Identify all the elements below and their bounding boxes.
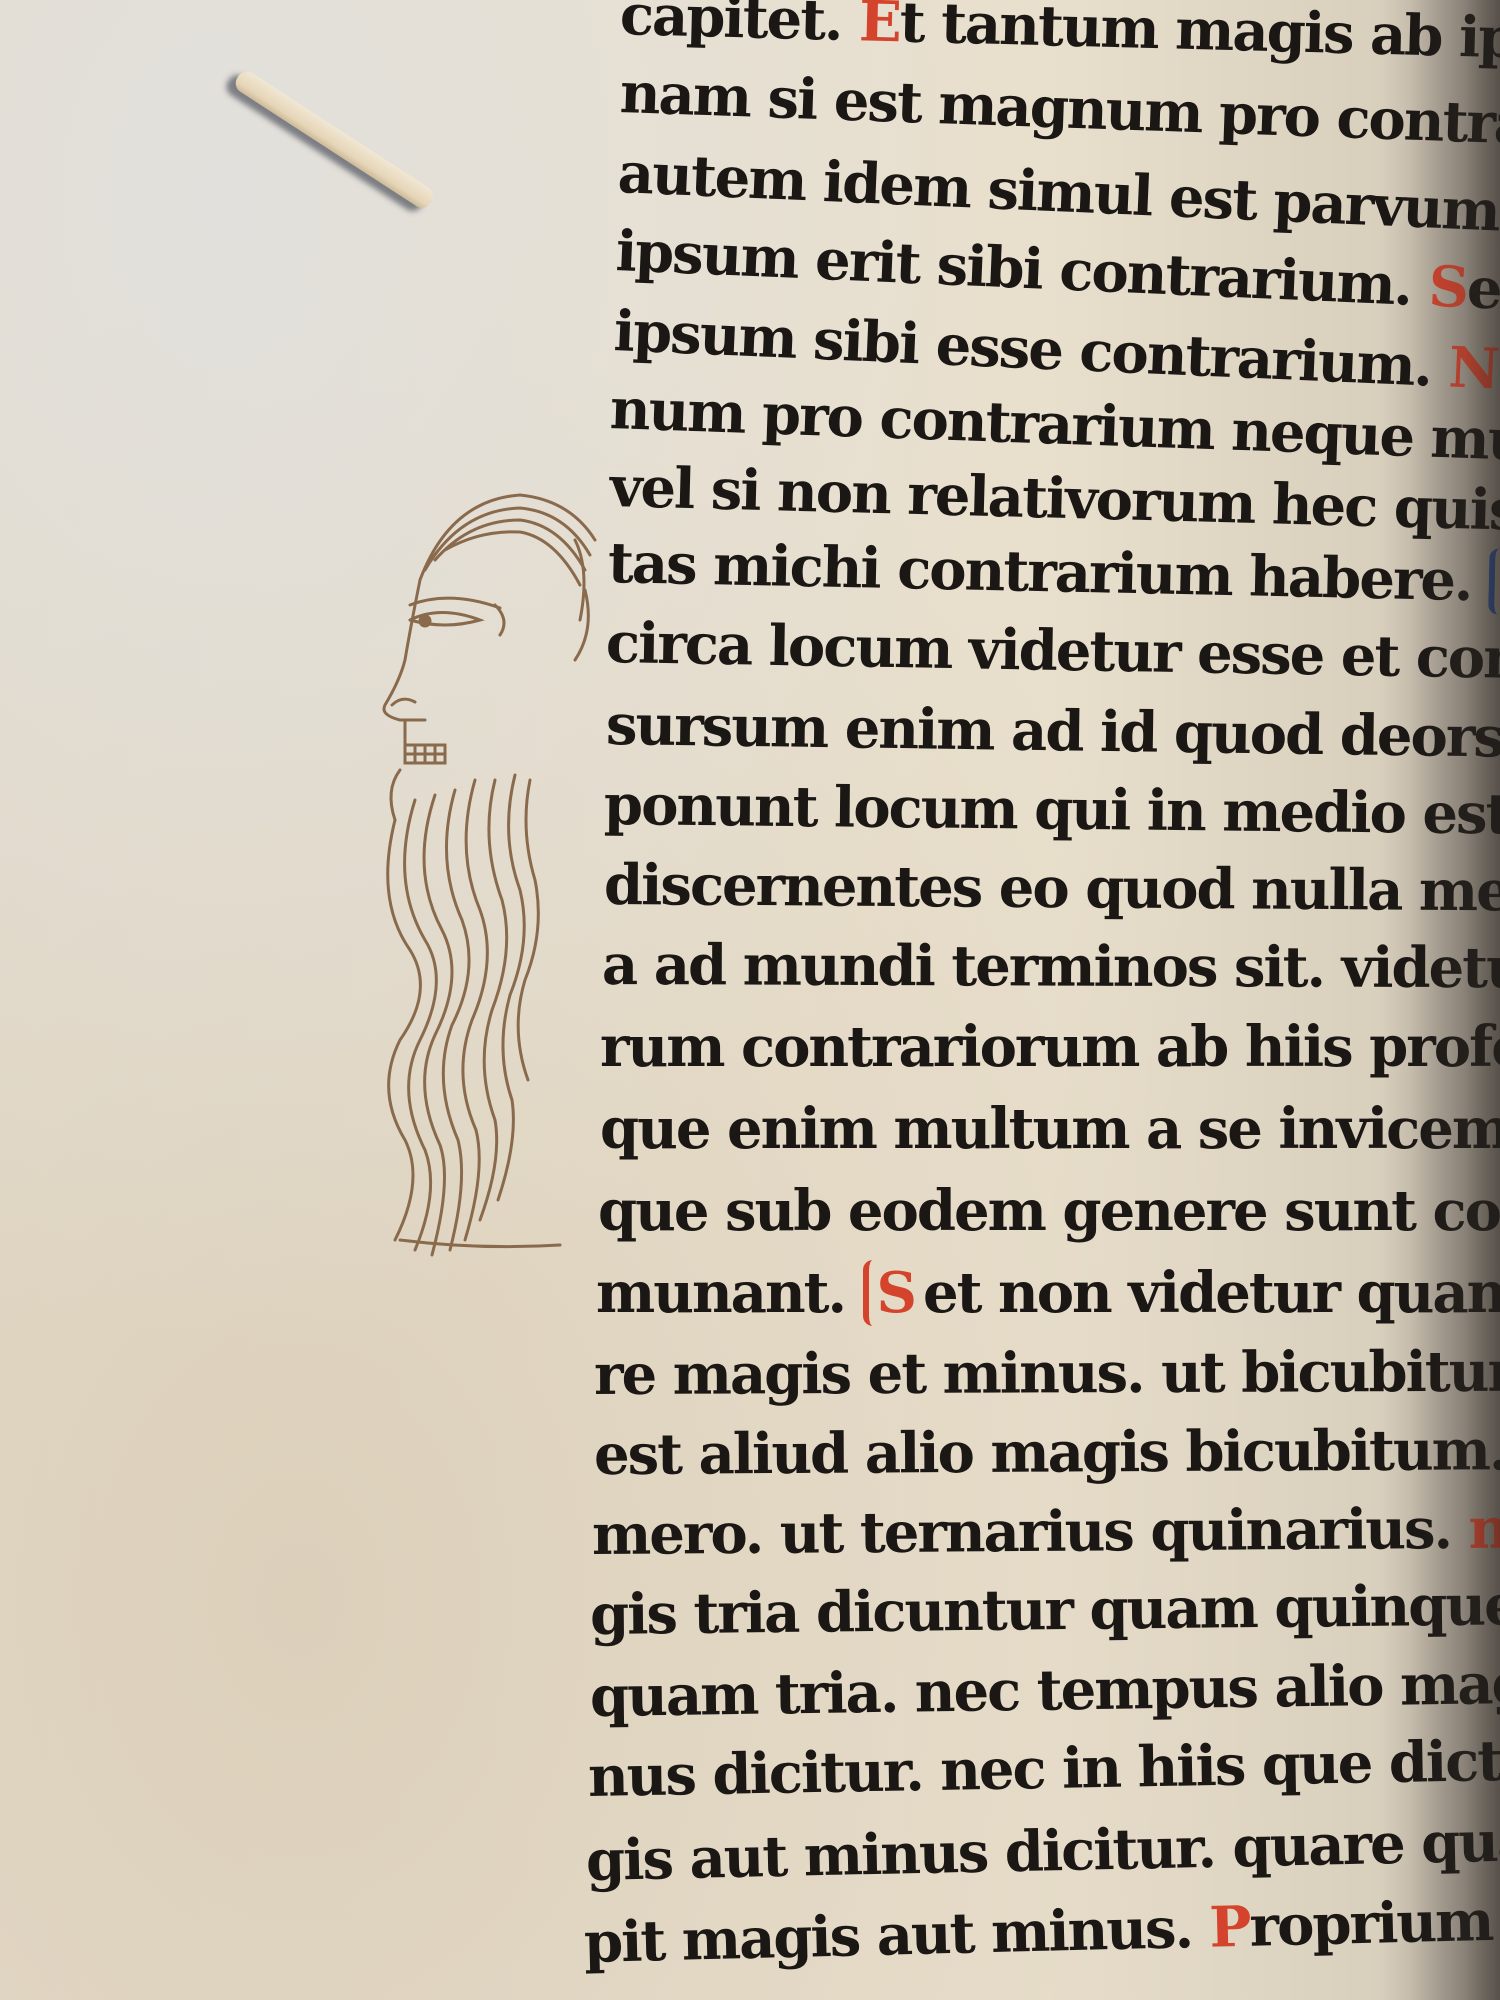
text-line: sursum enim ad id quod deorsum est bbox=[606, 692, 1500, 773]
decorated-initial: S bbox=[863, 1260, 923, 1326]
text-line: tas michi contrarium habere. Maxime bbox=[607, 530, 1500, 620]
rubric-initial: E bbox=[858, 0, 900, 55]
text-line: munant. Set non videtur quantitas bbox=[596, 1260, 1500, 1326]
text-line: est aliud alio magis bicubitum. bbox=[594, 1417, 1500, 1488]
text-line: mero. ut ternarius quinarius. nichil bbox=[592, 1495, 1500, 1568]
text-line: capitet. Et tantum magis ab ipsis bbox=[619, 0, 1500, 73]
manuscript-page: capitet. Et tantum magis ab ipsis nam si… bbox=[0, 0, 1500, 2000]
text-line: rum contrariorum ab hiis proferre diffin… bbox=[600, 1014, 1500, 1080]
decorated-initial: M bbox=[1488, 548, 1500, 616]
text-line: nus dicitur. nec in hiis que dicta sunt bbox=[587, 1725, 1500, 1810]
text-line: que enim multum a se invicem distant bbox=[600, 1096, 1500, 1162]
parchment-slit bbox=[232, 68, 437, 212]
text-line: pit magis aut minus. Proprium bbox=[583, 1888, 1493, 1976]
text-line: ponunt locum qui in medio est et bbox=[604, 772, 1500, 848]
text-line: quam tria. nec tempus alio mag bbox=[590, 1651, 1500, 1730]
text-line: gis aut minus dicitur. quare quantitas n bbox=[585, 1803, 1500, 1894]
rubric-initial: P bbox=[1209, 1894, 1251, 1961]
text-line: gis tria dicuntur quam quinque et p bbox=[590, 1571, 1500, 1648]
text-line: discernentes eo quod nulla medium bbox=[604, 852, 1500, 925]
rubric-initial: n bbox=[1468, 1496, 1500, 1562]
rubric-initial: N bbox=[1447, 334, 1499, 402]
text-line: re magis et minus. ut bicubitum bbox=[594, 1339, 1500, 1408]
rubric-initial: S bbox=[1427, 254, 1468, 322]
text-line: que sub eodem genere sunt contraria bbox=[598, 1178, 1500, 1244]
text-line: circa locum videtur esse et contrarietas… bbox=[605, 610, 1500, 699]
text-line: a ad mundi terminos sit. videtur bbox=[602, 932, 1500, 1001]
